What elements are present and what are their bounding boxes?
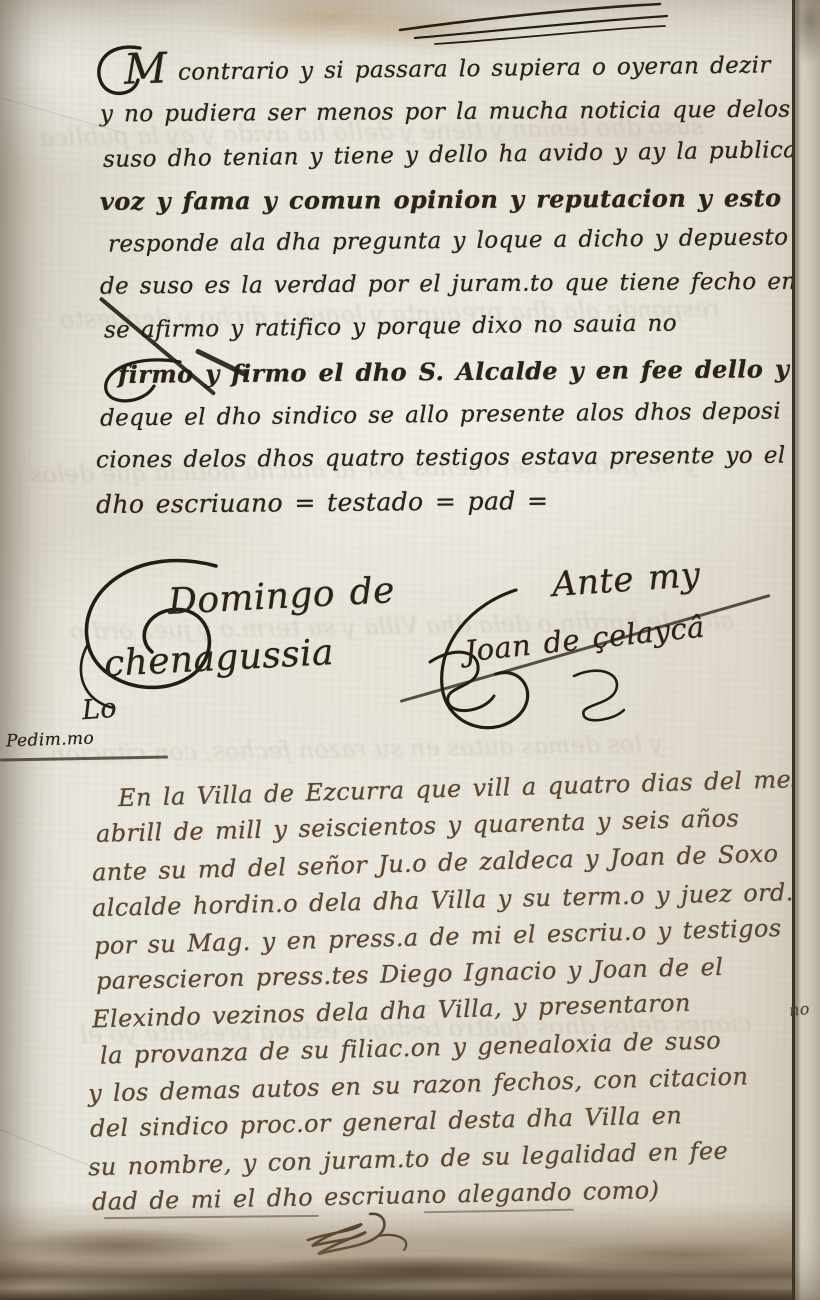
fold-crease (0, 1128, 102, 1171)
signature-flourish-right (420, 582, 550, 752)
manuscript-line: parescieron press.tes Diego Ignacio y Jo… (96, 953, 724, 995)
signature-flourish-left (66, 552, 251, 717)
bleed-through-text: y los demas autos en su razon fechos, co… (50, 730, 664, 769)
manuscript-line: y los demas autos en su razon fechos, co… (88, 1062, 749, 1107)
manuscript-line: de suso es la verdad por el juram.to que… (100, 268, 820, 299)
manuscript-line: deque el dho sindico se allo presente al… (100, 398, 781, 431)
signature-right-ante-my: Ante my (551, 555, 702, 605)
margin-note-pedimento: Pedim.mo (6, 728, 95, 751)
margin-note-right: no (788, 999, 811, 1020)
manuscript-line: ante su md del señor Ju.o de zaldeca y J… (92, 839, 779, 886)
illuminated-initial: M (123, 43, 168, 93)
next-page-edge (792, 0, 820, 1300)
closing-rubric (300, 1196, 420, 1258)
manuscript-line: contrario y si passara lo supiera o oyer… (178, 52, 771, 85)
margin-rule (0, 756, 168, 762)
manuscript-line: la provanza de su filiac.on y genealoxia… (100, 1026, 722, 1069)
closing-rule (104, 1215, 319, 1219)
top-pen-strokes (375, 0, 675, 42)
manuscript-line: Elexindo vezinos dela dha Villa, y prese… (92, 989, 691, 1034)
manuscript-line: abrill de mill y seiscientos y quarenta … (96, 804, 740, 848)
manuscript-line: su nombre, y con juram.to de su legalida… (88, 1137, 729, 1182)
manuscript-line: del sindico proc.or general desta dha Vi… (90, 1101, 683, 1142)
signature-rubric-right (560, 662, 640, 722)
manuscript-scan: suso dho tenian y tiene y dello ha avido… (0, 0, 820, 1300)
margin-flourish-lo: Lo (81, 693, 118, 726)
manuscript-line: suso dho tenian y tiene y dello ha avido… (103, 137, 798, 173)
manuscript-line: ciones delos dhos quatro testigos estava… (96, 443, 786, 474)
manuscript-line: se afirmo y ratifico y porque dixo no sa… (104, 311, 677, 344)
closing-rule (424, 1209, 574, 1214)
firmo-flourish (96, 352, 186, 412)
manuscript-line: responde ala dha pregunta y loque a dich… (108, 224, 789, 257)
manuscript-line: voz y fama y comun opinion y reputacion … (100, 183, 782, 216)
manuscript-line: y no pudiera ser menos por la mucha noti… (100, 97, 791, 128)
manuscript-line: dho escriuano = testado = pad = (96, 486, 549, 519)
